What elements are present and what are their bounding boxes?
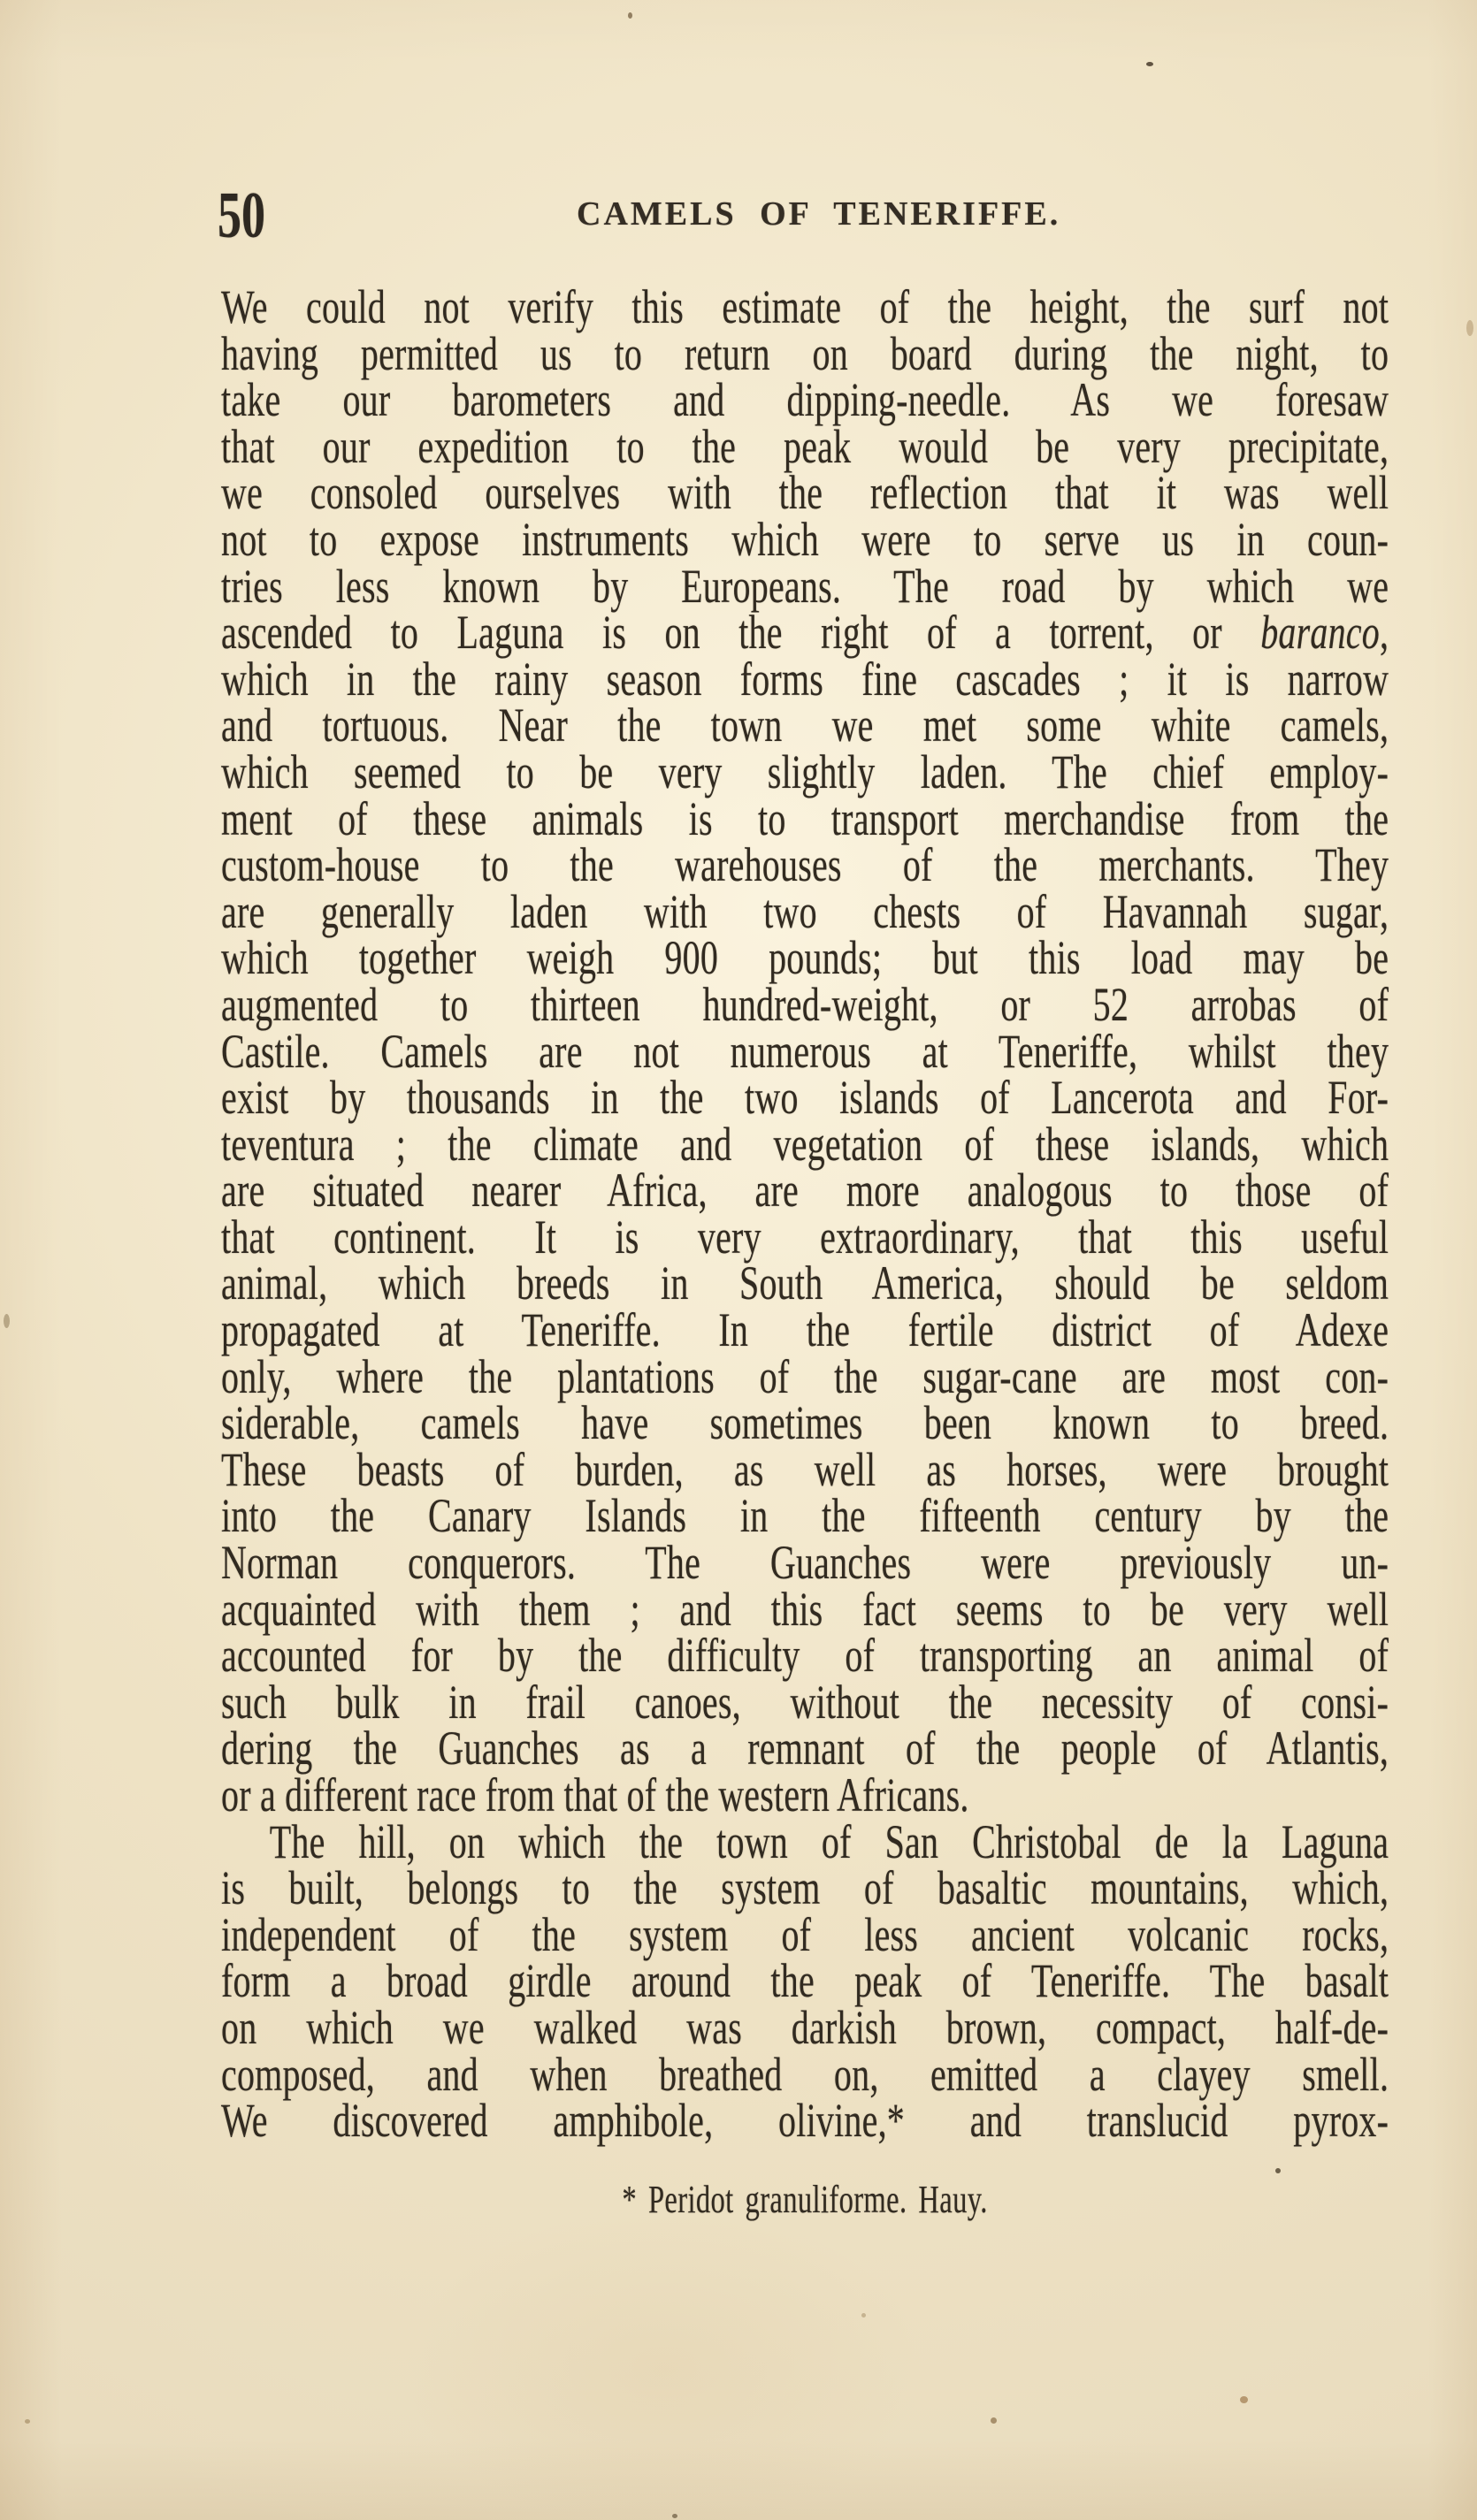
text-segment: , xyxy=(1380,606,1389,659)
text-line: only, where the plantations of the sugar… xyxy=(221,1354,1389,1401)
text-line: on which we walked was darkish brown, co… xyxy=(221,2005,1389,2051)
text-line: exist by thousands in the two islands of… xyxy=(221,1074,1389,1121)
text-line: These beasts of burden, as well as horse… xyxy=(221,1447,1389,1493)
text-line: custom-house to the warehouses of the me… xyxy=(221,842,1389,889)
text-line: acquainted with them ; and this fact see… xyxy=(221,1586,1389,1633)
text-line: The hill, on which the town of San Chris… xyxy=(221,1819,1389,1866)
text-line: that our expedition to the peak would be… xyxy=(221,424,1389,470)
text-line: tries less known by Europeans. The road … xyxy=(221,563,1389,610)
text-line: is built, belongs to the system of basal… xyxy=(221,1865,1389,1912)
italic-text: baranco xyxy=(1260,606,1380,659)
paper-speck xyxy=(1240,2396,1248,2403)
paper-speck xyxy=(4,1314,10,1328)
text-line: composed, and when breathed on, emitted … xyxy=(221,2051,1389,2098)
text-line: that continent. It is very extraordinary… xyxy=(221,1214,1389,1261)
paragraphs-host: We could not verify this estimate of the… xyxy=(221,284,1389,2144)
text-line: into the Canary Islands in the fifteenth… xyxy=(221,1493,1389,1539)
text-line: ment of these animals is to transport me… xyxy=(221,796,1389,843)
text-line: take our barometers and dipping-needle. … xyxy=(221,377,1389,424)
page-number: 50 xyxy=(218,183,265,248)
paper-speck xyxy=(672,2514,677,2518)
text-line: are generally laden with two chests of H… xyxy=(221,889,1389,935)
text-line: We could not verify this estimate of the… xyxy=(221,284,1389,331)
footnote: * Peridot granuliforme. Hauy. xyxy=(221,2176,1389,2223)
scanned-book-page: { "page": { "number": "50", "running_hea… xyxy=(0,0,1477,2520)
text-line: which together weigh 900 pounds; but thi… xyxy=(221,935,1389,981)
running-head: CAMELS OF TENERIFFE. xyxy=(577,197,1060,231)
text-line: accounted for by the difficulty of trans… xyxy=(221,1632,1389,1679)
text-line: we consoled ourselves with the reflectio… xyxy=(221,470,1389,516)
text-line: teventura ; the climate and vegetation o… xyxy=(221,1121,1389,1168)
paper-speck xyxy=(1466,320,1473,336)
text-line: augmented to thirteen hundred-weight, or… xyxy=(221,981,1389,1028)
text-line: which in the rainy season forms fine cas… xyxy=(221,656,1389,703)
text-line: are situated nearer Africa, are more ana… xyxy=(221,1167,1389,1214)
paper-speck xyxy=(861,2313,866,2318)
paper-speck xyxy=(991,2417,997,2424)
text-line: such bulk in frail canoes, without the n… xyxy=(221,1679,1389,1726)
text-line: ascended to Laguna is on the right of a … xyxy=(221,609,1389,656)
paper-speck xyxy=(25,2419,30,2424)
text-line: Norman conquerors. The Guanches were pre… xyxy=(221,1539,1389,1586)
text-segment: ascended to Laguna is on the right of a … xyxy=(221,606,1260,659)
text-line: form a broad girdle around the peak of T… xyxy=(221,1958,1389,2005)
text-line: propagated at Teneriffe. In the fertile … xyxy=(221,1307,1389,1354)
text-line: or a different race from that of the wes… xyxy=(221,1772,1389,1819)
text-line: not to expose instruments which were to … xyxy=(221,516,1389,563)
text-line: independent of the system of less ancien… xyxy=(221,1912,1389,1959)
text-line: We discovered amphibole, olivine,* and t… xyxy=(221,2097,1389,2144)
text-line: and tortuous. Near the town we met some … xyxy=(221,702,1389,749)
paper-speck xyxy=(628,12,632,19)
text-line: having permitted us to return on board d… xyxy=(221,331,1389,378)
text-block: We could not verify this estimate of the… xyxy=(221,284,1389,2223)
text-line: animal, which breeds in South America, s… xyxy=(221,1260,1389,1307)
text-line: siderable, camels have sometimes been kn… xyxy=(221,1400,1389,1447)
text-line: which seemed to be very slightly laden. … xyxy=(221,749,1389,796)
text-line: dering the Guanches as a remnant of the … xyxy=(221,1725,1389,1772)
paper-speck xyxy=(1146,62,1153,66)
text-line: Castile. Camels are not numerous at Tene… xyxy=(221,1028,1389,1075)
